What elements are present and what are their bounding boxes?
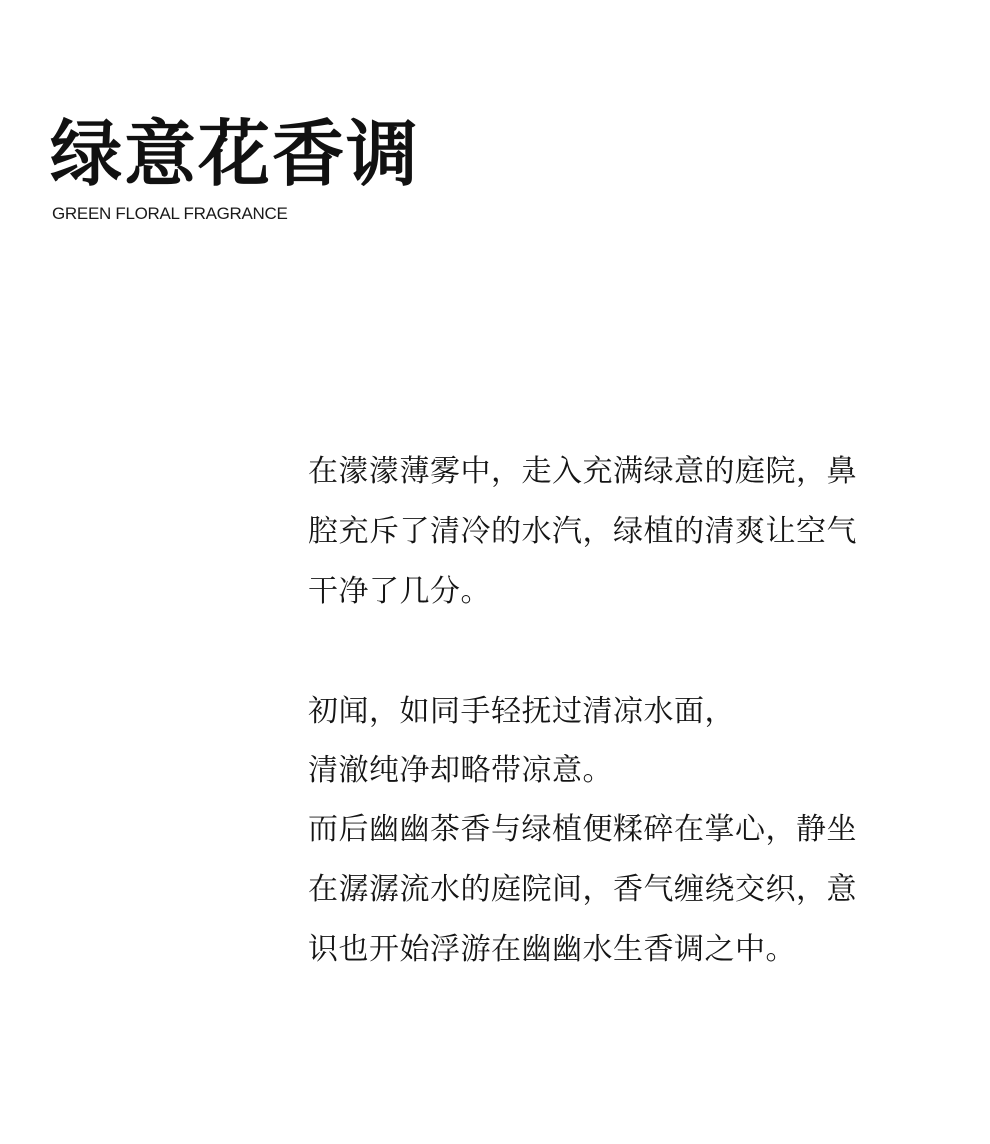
paragraph-line: 在濛濛薄雾中，走入充满绿意的庭院，鼻 [308,442,928,502]
paragraph-line: 在潺潺流水的庭院间，香气缠绕交织，意 [308,860,928,920]
page-subtitle: GREEN FLORAL FRAGRANCE [52,204,288,224]
paragraph-line: 初闻，如同手轻抚过清凉水面， [308,682,928,741]
paragraph-line: 腔充斥了清冷的水汽，绿植的清爽让空气 [308,502,928,562]
paragraph-intro: 在濛濛薄雾中，走入充满绿意的庭院，鼻 腔充斥了清冷的水汽，绿植的清爽让空气 干净… [308,442,928,622]
paragraph-line: 识也开始浮游在幽幽水生香调之中。 [308,920,928,980]
page-title: 绿意花香调 [50,112,420,196]
paragraph-line: 清澈纯净却略带凉意。 [308,741,928,800]
paragraph-line: 干净了几分。 [308,562,928,622]
paragraph-notes: 初闻，如同手轻抚过清凉水面， 清澈纯净却略带凉意。 而后幽幽茶香与绿植便糅碎在掌… [308,682,928,980]
paragraph-line: 而后幽幽茶香与绿植便糅碎在掌心，静坐 [308,800,928,860]
